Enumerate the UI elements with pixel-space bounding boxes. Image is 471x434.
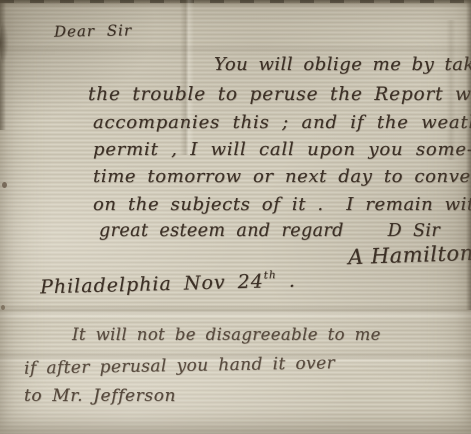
horizontal-crease [0, 44, 471, 54]
body-line: the trouble to peruse the Report which [88, 84, 471, 105]
body-line: permit , I will call upon you some- [93, 139, 471, 160]
signature: A Hamilton [348, 241, 471, 269]
dateline-place-date: Philadelphia Nov 24 [40, 270, 264, 298]
paper-torn-top-edge [0, 0, 471, 7]
paper-left-edge-shadow [0, 0, 6, 130]
dateline-ordinal-suffix: th [264, 269, 277, 281]
paper-torn-top-edge-detail [0, 0, 471, 3]
ink-speck [2, 182, 7, 188]
paper-left-edge-dark-spot [0, 20, 9, 66]
horizontal-crease [0, 304, 471, 320]
dateline-period: . [276, 270, 296, 292]
postscript-line: if after perusal you hand it over [24, 353, 335, 378]
letter-scan: Dear Sir You will oblige me by taking th… [0, 0, 471, 434]
postscript-line: It will not be disagreeable to me [72, 325, 381, 344]
body-line: time tomorrow or next day to converse [93, 166, 471, 187]
postscript-line: to Mr. Jefferson [24, 386, 176, 406]
ink-speck [1, 305, 5, 310]
body-line: accompanies this ; and if the weather [93, 112, 471, 133]
closing-line: great esteem and regard D Sir Yr Obed Se… [99, 221, 471, 241]
body-line: You will oblige me by taking [214, 54, 471, 75]
body-line: on the subjects of it . I remain with [93, 194, 471, 215]
dateline: Philadelphia Nov 24th . [40, 269, 296, 299]
salutation: Dear Sir [54, 21, 132, 40]
